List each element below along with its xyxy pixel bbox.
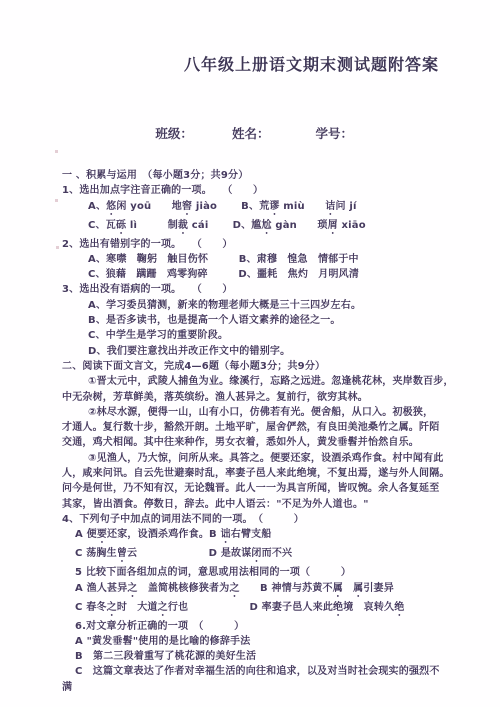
text-line: C 这篇文章表达了作者对幸福生活的向往和追求，以及对当时社会现实的强烈不 [75,664,450,679]
text-line: A 便要还家，设酒杀鸡作食。B 诎右臂支船 [75,527,450,546]
student-info-row: 班级：姓名：学号： [138,109,450,157]
text-line: C 荡胸生曾云 D 是故谋闭而不兴 [75,546,450,565]
scan-artifact [55,199,58,202]
text-line: 其家，皆出酒食。停数日，辞去。此中人语云："不足为外人道也。" [62,497,450,512]
text-line: A、寒噤 鞠躬 触目伤怀 B、肃穆 惶急 情郁于中 [88,252,450,267]
text-line: C 春冬之时 大道之行也 D 率妻子邑人来此绝境 哀转久绝 [75,600,450,619]
class-field-label: 班级： [155,126,193,141]
text-line: 人，咸来问讯。自云先世避秦时乱，率妻子邑人来此绝境，不复出焉，遂与外人间隔。 [62,466,450,481]
student-id-field-label: 学号： [315,126,353,141]
text-line: A、学习委员猜测，新来的物理老师大概是三十三四岁左右。 [88,298,450,313]
text-line: 2、选出有错别字的一项。 （ ） [62,237,450,252]
text-line: 二、阅读下面文言文，完成4—6题（每小题3分；共9分） [62,359,450,374]
text-line: 才通人。复行数十步，豁然开朗。土地平旷，屋舍俨然，有良田美池桑竹之属。阡陌 [62,420,450,435]
text-line: C、狼藉 蹒跚 鸡零狗碎 D、噩耗 焦灼 月明风清 [88,267,450,282]
text-line: 满 [62,680,450,695]
text-line: C、中学生是学习的重要阶段。 [88,328,450,343]
text-line: A "黄发垂髫"使用的是比喻的修辞手法 [75,634,450,649]
page-title: 八年级上册语文期末测试题附答案 [184,52,450,75]
text-line: 中无杂树，芳草鲜美，落英缤纷。渔人甚异之。复前行，欲穷其林。 [62,390,450,405]
text-line: D、我们要注意找出并改正作文中的错别字。 [88,344,450,359]
name-field-label: 姓名： [232,126,270,141]
text-line: 4、下列句子中加点的词用法不同的一项。 （ ） [62,512,450,527]
text-line: ③见渔人，乃大惊，问所从来。具答之。便要还家，设酒杀鸡作食。村中闻有此 [88,451,450,466]
text-line: A、悠闲 yoū 地窖 jiào B、荒谬 miù 诘问 jí [88,199,450,218]
text-line: C、瓦砾 lì 制裁 cái D、尴尬 gàn 琐屑 xiāo [88,218,450,237]
text-line: 1、选出加点字注音正确的一项。 （ ） [62,183,450,198]
scan-artifact [55,150,58,153]
text-line: 5 比较下面各组加点的词，意思或用法相同的一项（ ） [75,565,450,580]
text-line: B、是否多读书，也是提高一个人语文素养的途径之一。 [88,313,450,328]
scan-artifact [56,246,59,249]
text-line: 一 、积累与运用 （每小题3分；共9分） [62,168,450,183]
text-line: B 第二三段着重写了桃花源的美好生活 [75,649,450,664]
text-line: 问今是何世，乃不知有汉，无论魏晋。此人一一为具言所闻，皆叹惋。余人各复延至 [62,481,450,496]
text-line: A 渔人甚异之 盖简桃核修狭者为之 B 神情与苏黄不属 属引妻异 [75,581,450,600]
test-paper-page: 八年级上册语文期末测试题附答案 班级：姓名：学号： 一 、积累与运用 （每小题3… [0,0,500,707]
text-line: ②林尽水源，便得一山，山有小口，仿佛若有光。便舍船，从口入。初极狭， [88,405,450,420]
text-line: 3、选出没有语病的一项。 （ ） [62,282,450,297]
text-line: 交通，鸡犬相闻。其中往来种作，男女衣着，悉如外人，黄发垂髫并怡然自乐。 [62,435,450,450]
document-body: 一 、积累与运用 （每小题3分；共9分）1、选出加点字注音正确的一项。 （ ）A… [62,168,450,695]
text-line: ①晋太元中，武陵人捕鱼为业。缘溪行，忘路之远进。忽逢桃花林，夹岸数百步， [88,374,450,389]
text-line: 6.对文章分析正确的一项 （ ） [75,619,450,634]
